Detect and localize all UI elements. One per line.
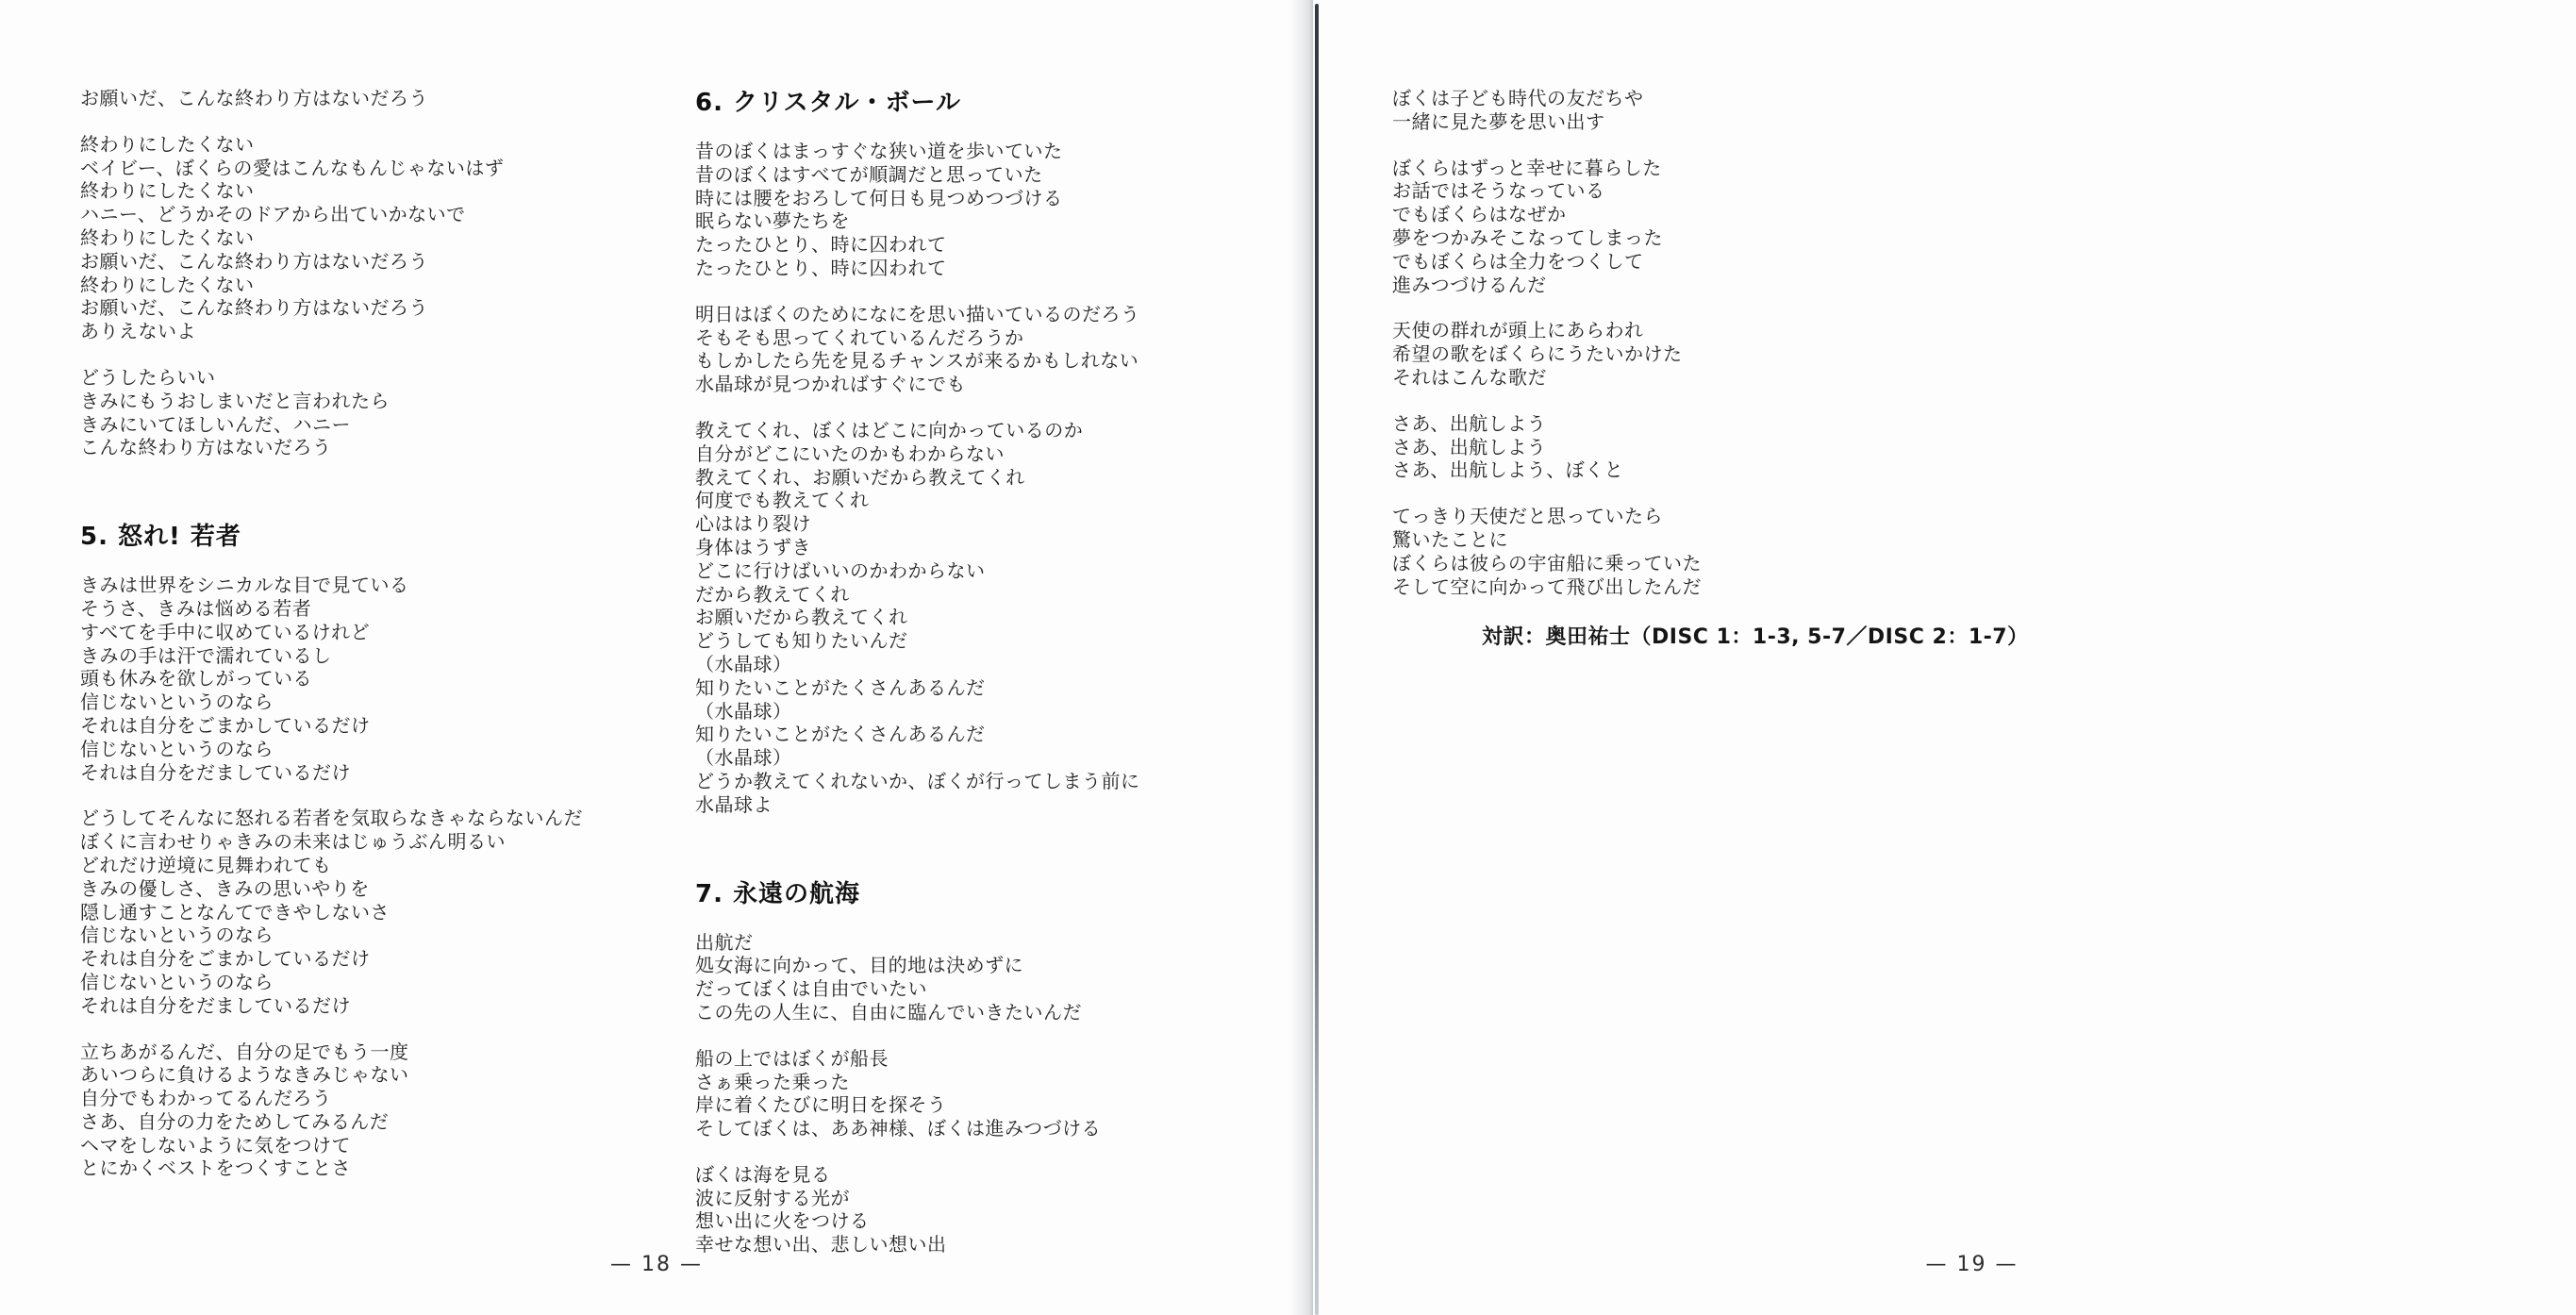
lyric-line: （水晶球）	[695, 746, 1308, 770]
lyric-line: どこに行けばいいのかわからない	[695, 559, 1308, 583]
translation-credit: 対訳：奥田祐士（DISC 1：1-3, 5-7／DISC 2：1-7）	[1482, 626, 2043, 650]
lyric-line: さあ、出航しよう、ぼくと	[1392, 458, 2043, 482]
lyric-line: この先の人生に、自由に臨んでいきたいんだ	[695, 1001, 1308, 1024]
lyric-line: 希望の歌をぼくらにうたいかけた	[1392, 342, 2043, 366]
lyric-line: （水晶球）	[695, 653, 1308, 676]
lyric-stanza: てっきり天使だと思っていたら驚いたことにぼくらは彼らの宇宙船に乗っていたそして空…	[1392, 505, 2043, 598]
lyric-stanza: きみは世界をシニカルな目で見ているそうさ、きみは悩める若者すべてを手中に収めてい…	[80, 574, 684, 784]
lyric-line: 信じないというのなら	[80, 691, 684, 714]
lyric-line: ぼくは海を見る	[695, 1163, 1308, 1187]
lyric-line: お願いだから教えてくれ	[695, 606, 1308, 629]
page-number-18: — 18 —	[0, 1253, 1313, 1281]
lyric-line: さあ、出航しよう	[1392, 412, 2043, 436]
song-heading: 5. 怒れ! 若者	[80, 521, 684, 553]
lyric-line: きみは世界をシニカルな目で見ている	[80, 574, 684, 597]
lyric-line: 頭も休みを欲しがっている	[80, 667, 684, 691]
lyric-line: 知りたいことがたくさんあるんだ	[695, 723, 1308, 746]
lyric-stanza: お願いだ、こんな終わり方はないだろう	[80, 87, 684, 110]
lyric-line: お願いだ、こんな終わり方はないだろう	[80, 296, 684, 320]
lyric-line: 想い出に火をつける	[695, 1209, 1308, 1233]
lyric-stanza: 終わりにしたくないベイビー、ぼくらの愛はこんなもんじゃないはず終わりにしたくない…	[80, 133, 684, 343]
lyric-line: 昔のぼくはまっすぐな狭い道を歩いていた	[695, 140, 1308, 163]
lyric-line: きみの優しさ、きみの思いやりを	[80, 877, 684, 901]
lyric-line: （水晶球）	[695, 700, 1308, 724]
lyric-line: 信じないというのなら	[80, 971, 684, 994]
lyric-line: 眠らない夢たちを	[695, 209, 1308, 233]
lyric-line: それはこんな歌だ	[1392, 366, 2043, 390]
lyric-line: でもぼくらは全力をつくして	[1392, 250, 2043, 274]
lyric-line: だってぼくは自由でいたい	[695, 977, 1308, 1001]
lyric-line: 終わりにしたくない	[80, 179, 684, 203]
lyric-line: ありえないよ	[80, 320, 684, 343]
lyric-stanza: 立ちあがるんだ、自分の足でもう一度あいつらに負けるようなきみじゃない自分でもわか…	[80, 1040, 684, 1181]
lyric-line: たったひとり、時に囚われて	[695, 257, 1308, 280]
lyric-stanza: ぼくは海を見る波に反射する光が想い出に火をつける幸せな想い出、悲しい想い出	[695, 1163, 1308, 1257]
lyric-line: それは自分をだましているだけ	[80, 994, 684, 1018]
lyric-line: そしてぼくは、ああ神様、ぼくは進みつづける	[695, 1117, 1308, 1140]
lyric-line: たったひとり、時に囚われて	[695, 233, 1308, 257]
lyric-line: 夢をつかみそこなってしまった	[1392, 226, 2043, 250]
lyric-stanza: さあ、出航しようさあ、出航しようさあ、出航しよう、ぼくと	[1392, 412, 2043, 482]
lyric-line: そもそも思ってくれているんだろうか	[695, 326, 1308, 350]
center-fold-line	[1315, 4, 1319, 1315]
lyric-line: 時には腰をおろして何日も見つめつづける	[695, 187, 1308, 210]
lyric-stanza: 教えてくれ、ぼくはどこに向かっているのか自分がどこにいたのかもわからない教えてく…	[695, 419, 1308, 817]
lyric-stanza: 出航だ処女海に向かって、目的地は決めずにだってぼくは自由でいたいこの先の人生に、…	[695, 931, 1308, 1024]
lyrics-column-1: お願いだ、こんな終わり方はないだろう終わりにしたくないベイビー、ぼくらの愛はこん…	[80, 87, 684, 1180]
lyric-line: さあ、出航しよう	[1392, 436, 2043, 459]
lyric-line: こんな終わり方はないだろう	[80, 436, 684, 459]
lyric-line: てっきり天使だと思っていたら	[1392, 505, 2043, 528]
lyric-line: 知りたいことがたくさんあるんだ	[695, 676, 1308, 700]
lyric-line: 信じないというのなら	[80, 738, 684, 761]
lyric-line: 心ははり裂け	[695, 512, 1308, 536]
lyric-line: どうしても知りたいんだ	[695, 629, 1308, 653]
lyric-line: さぁ乗った乗った	[695, 1071, 1308, 1094]
lyric-line: きみにもうおしまいだと言われたら	[80, 390, 684, 413]
lyric-stanza: ぼくは子ども時代の友だちや一緒に見た夢を思い出す	[1392, 87, 2043, 134]
lyric-line: 船の上ではぼくが船長	[695, 1047, 1308, 1071]
lyric-stanza: 昔のぼくはまっすぐな狭い道を歩いていた昔のぼくはすべてが順調だと思っていた時には…	[695, 140, 1308, 280]
lyric-line: ぼくに言わせりゃきみの未来はじゅうぶん明るい	[80, 830, 684, 854]
lyric-line: 教えてくれ、お願いだから教えてくれ	[695, 466, 1308, 490]
lyric-line: 波に反射する光が	[695, 1187, 1308, 1210]
lyric-stanza: 船の上ではぼくが船長さぁ乗った乗った岸に着くたびに明日を探そうそしてぼくは、ああ…	[695, 1047, 1308, 1140]
lyric-line: 岸に着くたびに明日を探そう	[695, 1093, 1308, 1117]
lyric-line: 処女海に向かって、目的地は決めずに	[695, 954, 1308, 977]
lyric-line: 昔のぼくはすべてが順調だと思っていた	[695, 163, 1308, 187]
lyrics-column-2: 6. クリスタル・ボール昔のぼくはまっすぐな狭い道を歩いていた昔のぼくはすべてが…	[695, 87, 1308, 1257]
lyric-stanza: どうしてそんなに怒れる若者を気取らなきゃならないんだぼくに言わせりゃきみの未来は…	[80, 807, 684, 1017]
lyric-line: お願いだ、こんな終わり方はないだろう	[80, 250, 684, 274]
lyric-line: どれだけ逆境に見舞われても	[80, 854, 684, 877]
lyric-line: 信じないというのなら	[80, 924, 684, 947]
lyric-line: それは自分をだましているだけ	[80, 761, 684, 785]
lyric-line: どうしてそんなに怒れる若者を気取らなきゃならないんだ	[80, 807, 684, 830]
lyric-stanza: 明日はぼくのためになにを思い描いているのだろうそもそも思ってくれているんだろうか…	[695, 303, 1308, 396]
page-number-19: — 19 —	[1322, 1253, 2576, 1281]
lyric-line: だから教えてくれ	[695, 583, 1308, 607]
lyric-line: もしかしたら先を見るチャンスが来るかもしれない	[695, 349, 1308, 373]
lyric-line: 驚いたことに	[1392, 528, 2043, 552]
lyric-stanza: どうしたらいいきみにもうおしまいだと言われたらきみにいてほしいんだ、ハニーこんな…	[80, 366, 684, 459]
lyric-line: さあ、自分の力をためしてみるんだ	[80, 1110, 684, 1134]
lyric-line: 立ちあがるんだ、自分の足でもう一度	[80, 1040, 684, 1064]
lyric-stanza: 天使の群れが頭上にあらわれ希望の歌をぼくらにうたいかけたそれはこんな歌だ	[1392, 319, 2043, 389]
lyric-line: とにかくベストをつくすことさ	[80, 1157, 684, 1180]
lyric-line: そうさ、きみは悩める若者	[80, 597, 684, 621]
lyric-line: 隠し通すことなんてできやしないさ	[80, 901, 684, 924]
lyric-line: 明日はぼくのためになにを思い描いているのだろう	[695, 303, 1308, 326]
lyric-line: そして空に向かって飛び出したんだ	[1392, 575, 2043, 599]
lyric-line: 終わりにしたくない	[80, 274, 684, 297]
lyric-line: ぼくらは彼らの宇宙船に乗っていた	[1392, 552, 2043, 575]
lyric-stanza: ぼくらはずっと幸せに暮らしたお話ではそうなっているでもぼくらはなぜか夢をつかみそ…	[1392, 157, 2043, 297]
lyric-line: 水晶球が見つかればすぐにでも	[695, 373, 1308, 396]
lyric-line: 出航だ	[695, 931, 1308, 955]
lyric-line: ハニー、どうかそのドアから出ていかないで	[80, 203, 684, 226]
lyric-line: 終わりにしたくない	[80, 133, 684, 157]
lyric-line: お話ではそうなっている	[1392, 179, 2043, 203]
lyric-line: きみにいてほしいんだ、ハニー	[80, 413, 684, 437]
lyric-line: すべてを手中に収めているけれど	[80, 621, 684, 644]
lyric-line: あいつらに負けるようなきみじゃない	[80, 1063, 684, 1087]
song-heading: 6. クリスタル・ボール	[695, 87, 1308, 119]
lyrics-column-3: ぼくは子ども時代の友だちや一緒に見た夢を思い出すぼくらはずっと幸せに暮らしたお話…	[1392, 87, 2043, 650]
lyric-line: でもぼくらはなぜか	[1392, 203, 2043, 226]
page-19: ぼくは子ども時代の友だちや一緒に見た夢を思い出すぼくらはずっと幸せに暮らしたお話…	[1322, 0, 2576, 1315]
lyric-line: 進みつづけるんだ	[1392, 274, 2043, 297]
lyric-line: 終わりにしたくない	[80, 226, 684, 250]
booklet-spread: お願いだ、こんな終わり方はないだろう終わりにしたくないベイビー、ぼくらの愛はこん…	[0, 0, 2576, 1315]
lyric-line: どうか教えてくれないか、ぼくが行ってしまう前に	[695, 770, 1308, 793]
lyric-line: ぼくは子ども時代の友だちや	[1392, 87, 2043, 110]
lyric-line: 何度でも教えてくれ	[695, 489, 1308, 512]
lyric-line: 一緒に見た夢を思い出す	[1392, 110, 2043, 134]
center-fold-shadow	[1290, 0, 1313, 1315]
lyric-line: 自分でもわかってるんだろう	[80, 1087, 684, 1110]
lyric-line: どうしたらいい	[80, 366, 684, 390]
page-18: お願いだ、こんな終わり方はないだろう終わりにしたくないベイビー、ぼくらの愛はこん…	[0, 0, 1313, 1315]
lyric-line: それは自分をごまかしているだけ	[80, 714, 684, 738]
lyric-line: 自分がどこにいたのかもわからない	[695, 442, 1308, 466]
lyric-line: ぼくらはずっと幸せに暮らした	[1392, 157, 2043, 180]
lyric-line: ベイビー、ぼくらの愛はこんなもんじゃないはず	[80, 157, 684, 180]
lyric-line: 天使の群れが頭上にあらわれ	[1392, 319, 2043, 342]
lyric-line: 教えてくれ、ぼくはどこに向かっているのか	[695, 419, 1308, 442]
lyric-line: それは自分をごまかしているだけ	[80, 947, 684, 971]
lyric-line: お願いだ、こんな終わり方はないだろう	[80, 87, 684, 110]
lyric-line: きみの手は汗で濡れているし	[80, 644, 684, 668]
lyric-line: 身体はうずき	[695, 536, 1308, 559]
lyric-line: ヘマをしないように気をつけて	[80, 1134, 684, 1157]
lyric-line: 水晶球よ	[695, 793, 1308, 817]
song-heading: 7. 永遠の航海	[695, 878, 1308, 910]
